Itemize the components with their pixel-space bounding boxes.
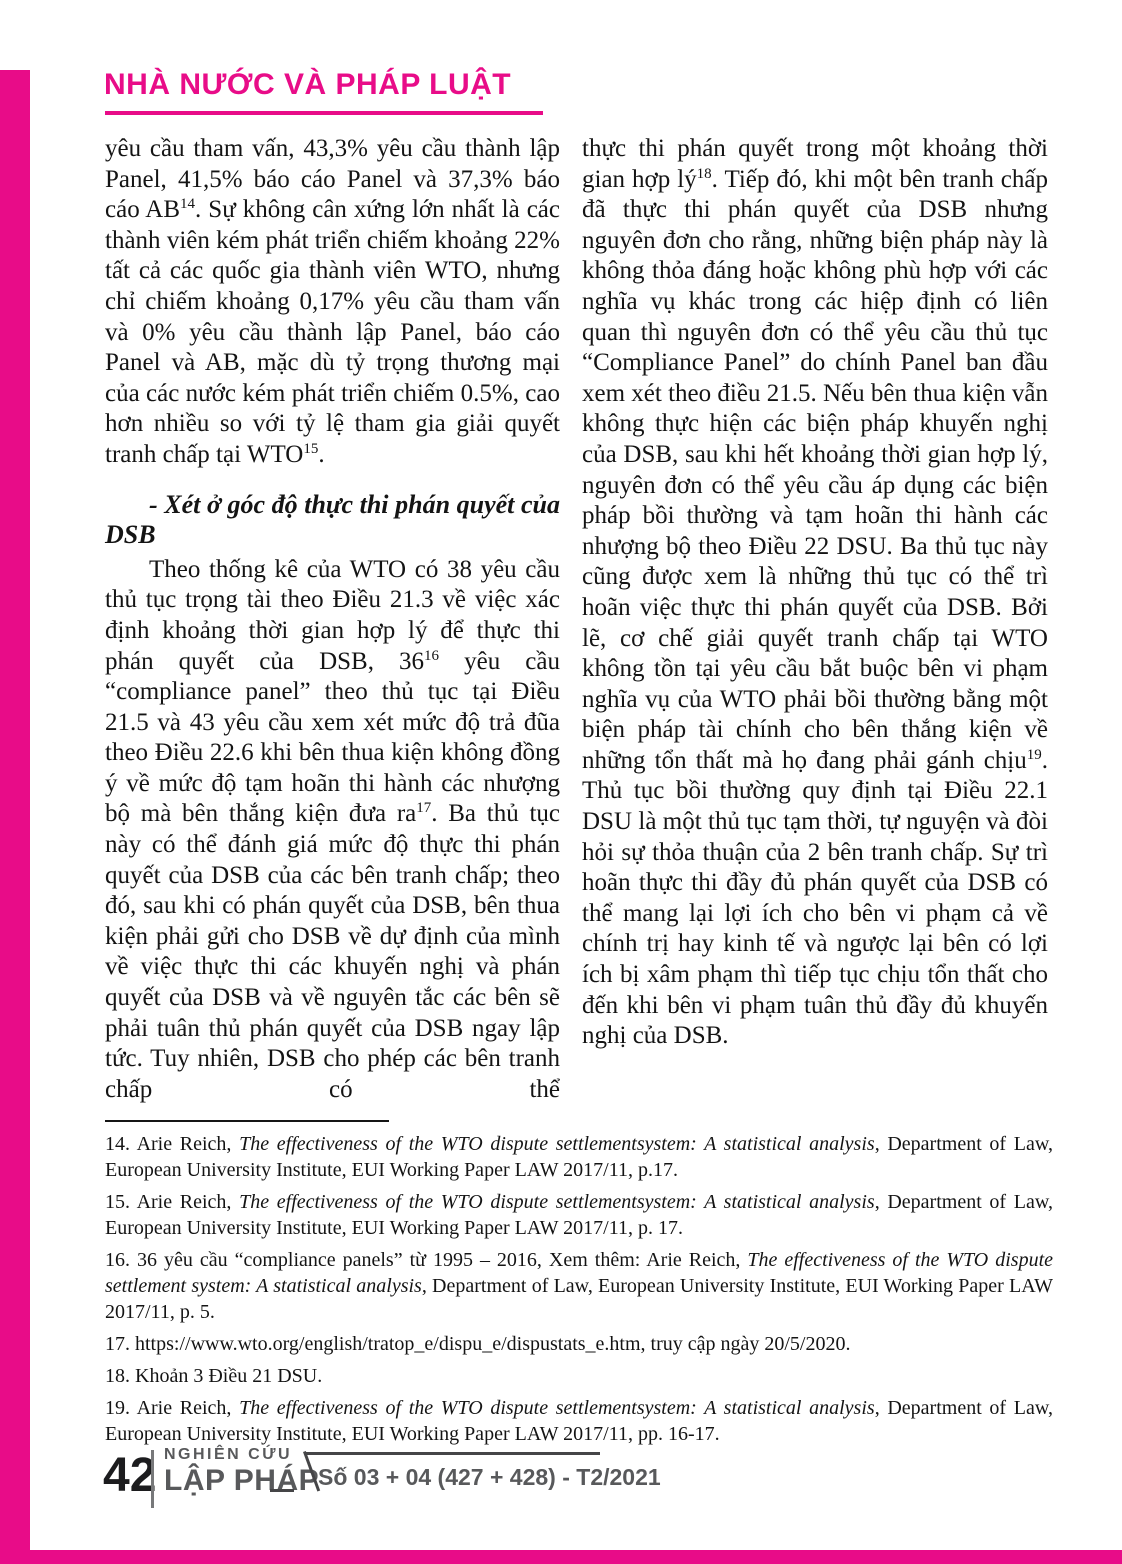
text-run: . Sự không cân xứng lớn nhất là các thàn… — [105, 196, 560, 468]
footer-rule-top — [304, 1452, 600, 1455]
section-title: NHÀ NƯỚC VÀ PHÁP LUẬT — [104, 68, 511, 102]
footer-slash-underline — [270, 1489, 294, 1492]
footnote-ref: 15 — [303, 441, 318, 457]
text-run: 15. Arie Reich, — [105, 1191, 239, 1213]
text-run: 14. Arie Reich, — [105, 1133, 239, 1155]
issue-info: Số 03 + 04 (427 + 428) - T2/2021 — [318, 1464, 661, 1491]
footnote-ref: 19 — [1027, 747, 1042, 763]
journal-name-line2: LẬP PHÁP — [164, 1466, 319, 1496]
page-number: 42 — [103, 1452, 156, 1500]
footnote-15: 15. Arie Reich, The effectiveness of the… — [105, 1189, 1053, 1241]
paragraph-theo-thong-ke: Theo thống kê của WTO có 38 yêu cầu thủ … — [105, 555, 560, 1106]
footnote-ref: 16 — [424, 648, 439, 664]
italic-text: The effectiveness of the WTO dispute set… — [239, 1397, 875, 1419]
footnote-14: 14. Arie Reich, The effectiveness of the… — [105, 1131, 1053, 1183]
footnote-16: 16. 36 yêu cầu “compliance panels” từ 19… — [105, 1247, 1053, 1325]
italic-text: The effectiveness of the WTO dispute set… — [239, 1191, 875, 1213]
page-edge-accent-left — [0, 70, 30, 1564]
text-run: 17. https://www.wto.org/english/tratop_e… — [105, 1333, 851, 1355]
paragraph-continued: thực thi phán quyết trong một khoảng thờ… — [582, 134, 1048, 1052]
journal-page: NHÀ NƯỚC VÀ PHÁP LUẬT yêu cầu tham vấn, … — [0, 0, 1122, 1564]
footnote-separator — [105, 1120, 389, 1122]
footnotes: 14. Arie Reich, The effectiveness of the… — [105, 1131, 1053, 1453]
body-column-right: thực thi phán quyết trong một khoảng thờ… — [582, 134, 1048, 1052]
header-rule — [105, 111, 543, 115]
text-run: . — [318, 441, 324, 468]
text-run: 18. Khoản 3 Điều 21 DSU. — [105, 1365, 322, 1387]
footnote-ref: 18 — [697, 166, 712, 182]
text-run: - Xét ở góc độ thực thi phán quyết của D… — [105, 490, 560, 550]
text-run: . Tiếp đó, khi một bên tranh chấp đã thự… — [582, 166, 1048, 774]
body-column-left: yêu cầu tham vấn, 43,3% yêu cầu thành lậ… — [105, 134, 560, 1105]
paragraph-continued: yêu cầu tham vấn, 43,3% yêu cầu thành lậ… — [105, 134, 560, 471]
footnote-ref: 14 — [180, 196, 195, 212]
page-edge-accent-bottom — [0, 1550, 1122, 1564]
italic-text: The effectiveness of the WTO dispute set… — [239, 1133, 875, 1155]
subheading-thuc-thi-phan-quyet: - Xét ở góc độ thực thi phán quyết của D… — [105, 490, 560, 551]
journal-brand: NGHIÊN CỨU LẬP PHÁP — [164, 1446, 319, 1496]
journal-name-line1: NGHIÊN CỨU — [164, 1446, 319, 1464]
text-run: . Ba thủ tục này có thể đánh giá mức độ … — [105, 800, 560, 1102]
footnote-ref: 17 — [416, 800, 431, 816]
footnote-17: 17. https://www.wto.org/english/tratop_e… — [105, 1331, 1053, 1357]
text-run: 19. Arie Reich, — [105, 1397, 239, 1419]
footnote-18: 18. Khoản 3 Điều 21 DSU. — [105, 1363, 1053, 1389]
footer-divider — [151, 1450, 154, 1508]
text-run: 16. 36 yêu cầu “compliance panels” từ 19… — [105, 1249, 747, 1271]
footnote-19: 19. Arie Reich, The effectiveness of the… — [105, 1395, 1053, 1447]
text-run: . Thủ tục bồi thường quy định tại Điều 2… — [582, 747, 1048, 1049]
